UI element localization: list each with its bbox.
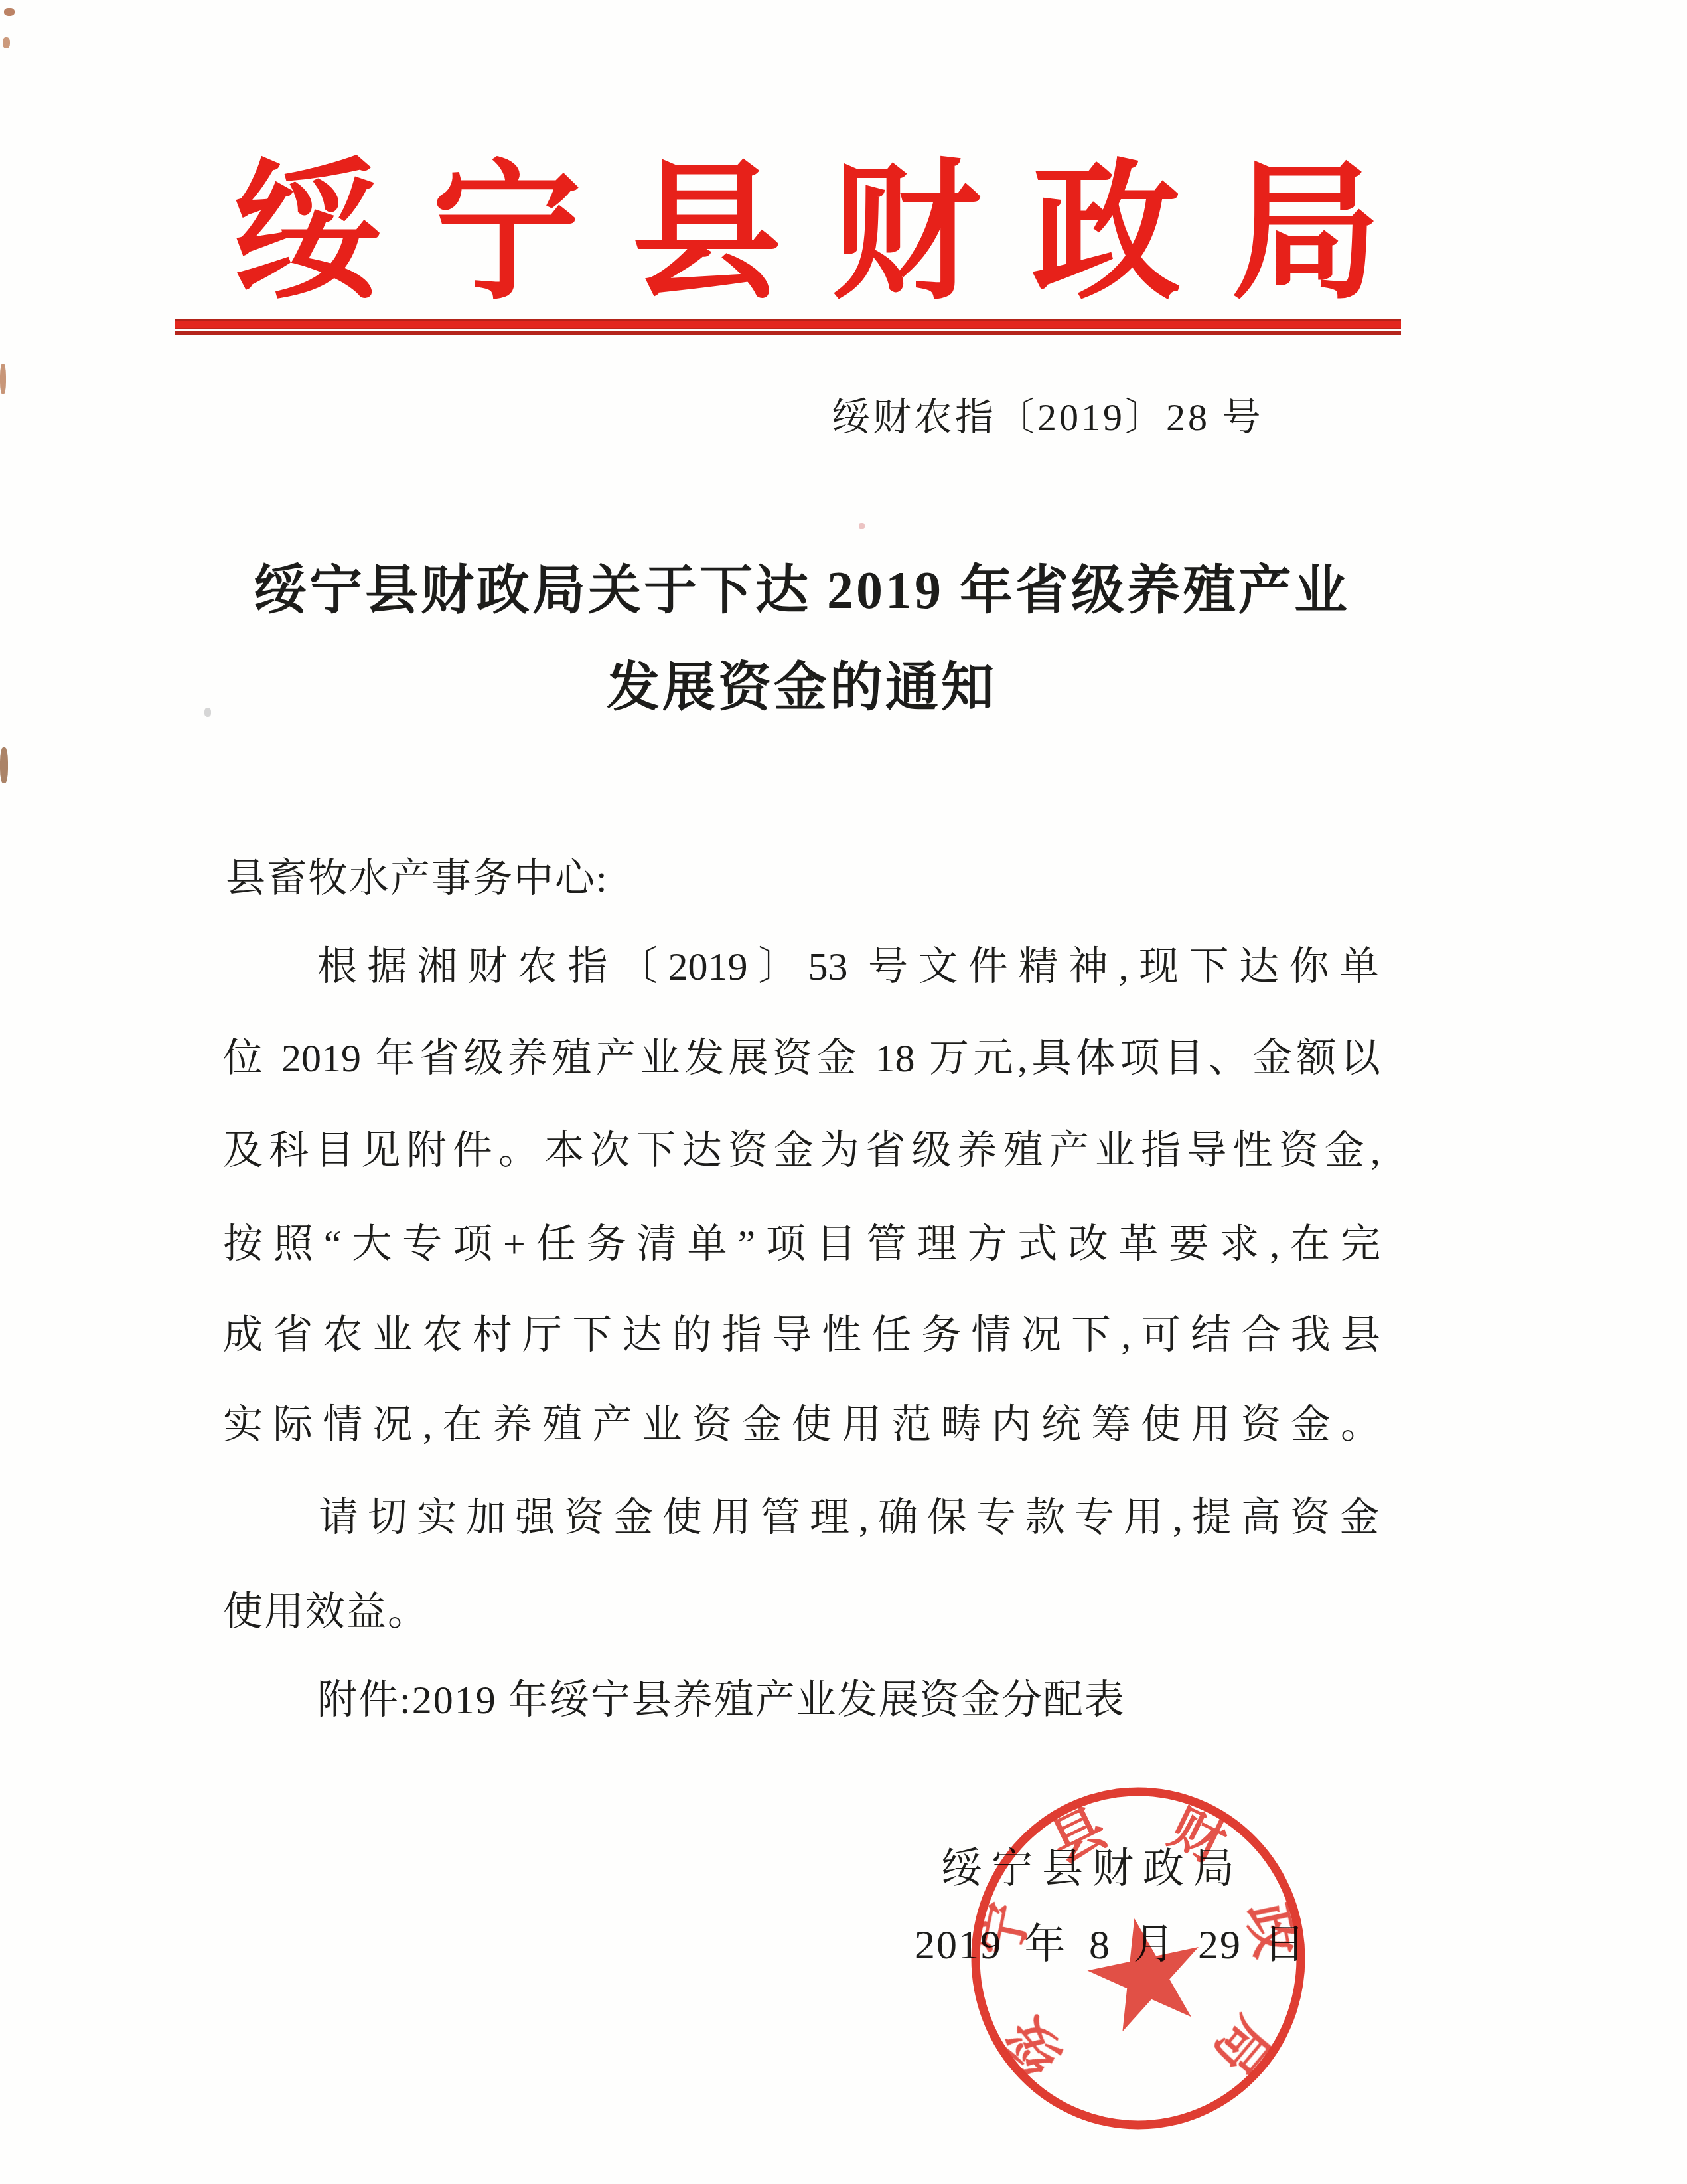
seal-ring-char: 绥 xyxy=(995,2006,1074,2084)
attachment-line: 附件:2019 年绥宁县养殖产业发展资金分配表 xyxy=(317,1679,1126,1721)
official-seal: 绥 宁 县 财 政 局 xyxy=(960,1787,1312,2139)
body-line: 按照“大专项+任务清单”项目管理方式改革要求,在完 xyxy=(223,1223,1380,1265)
doc-number: 绥财农指〔2019〕28 号 xyxy=(832,398,1264,437)
body-line: 及科目见附件。本次下达资金为省级养殖产业指导性资金, xyxy=(223,1129,1380,1172)
letterhead-char: 政 xyxy=(1031,157,1181,311)
body-line: 实际情况,在养殖产业资金使用范畴内统筹使用资金。 xyxy=(223,1403,1380,1446)
letterhead-char: 局 xyxy=(1231,157,1380,311)
seal-ring-char: 县 xyxy=(1042,1799,1115,1875)
body-line: 位 2019 年省级养殖产业发展资金 18 万元,具体项目、金额以 xyxy=(223,1037,1380,1079)
document-page: 绥 宁 县 财 政 局 绥财农指〔2019〕28 号 绥宁县财政局关于下达 20… xyxy=(0,0,1687,2184)
body-line: 成省农业农村厅下达的指导性任务情况下,可结合我县 xyxy=(223,1314,1380,1356)
addressee-line: 县畜牧水产事务中心: xyxy=(226,857,609,899)
notice-title-line-2: 发展资金的通知 xyxy=(223,660,1380,716)
scan-artifact xyxy=(859,523,865,529)
body-line: 使用效益。 xyxy=(223,1591,429,1633)
letterhead-char: 宁 xyxy=(432,157,581,311)
scan-artifact xyxy=(3,37,10,48)
body-line: 根据湘财农指〔2019〕53 号文件精神,现下达你单 xyxy=(317,945,1379,988)
red-separator-thick xyxy=(175,319,1401,329)
seal-ring-char: 局 xyxy=(1203,2006,1282,2084)
seal-ring-char: 宁 xyxy=(972,1898,1040,1962)
letterhead-char: 县 xyxy=(632,157,781,311)
red-separator-thin xyxy=(175,331,1401,335)
seal-star xyxy=(1079,1907,1212,2036)
scan-artifact xyxy=(4,8,15,16)
scan-artifact xyxy=(0,364,6,394)
letterhead-char: 财 xyxy=(832,157,981,311)
notice-title-line-1: 绥宁县财政局关于下达 2019 年省级养殖产业 xyxy=(223,563,1380,619)
scan-artifact xyxy=(0,747,8,783)
scan-artifact xyxy=(204,708,211,717)
letterhead-title: 绥 宁 县 财 政 局 xyxy=(232,157,1380,313)
seal-ring-char: 政 xyxy=(1236,1898,1305,1962)
letterhead-char: 绥 xyxy=(232,157,382,311)
seal-ring-char: 财 xyxy=(1161,1799,1234,1875)
body-line: 请切实加强资金使用管理,确保专款专用,提高资金 xyxy=(319,1496,1379,1539)
